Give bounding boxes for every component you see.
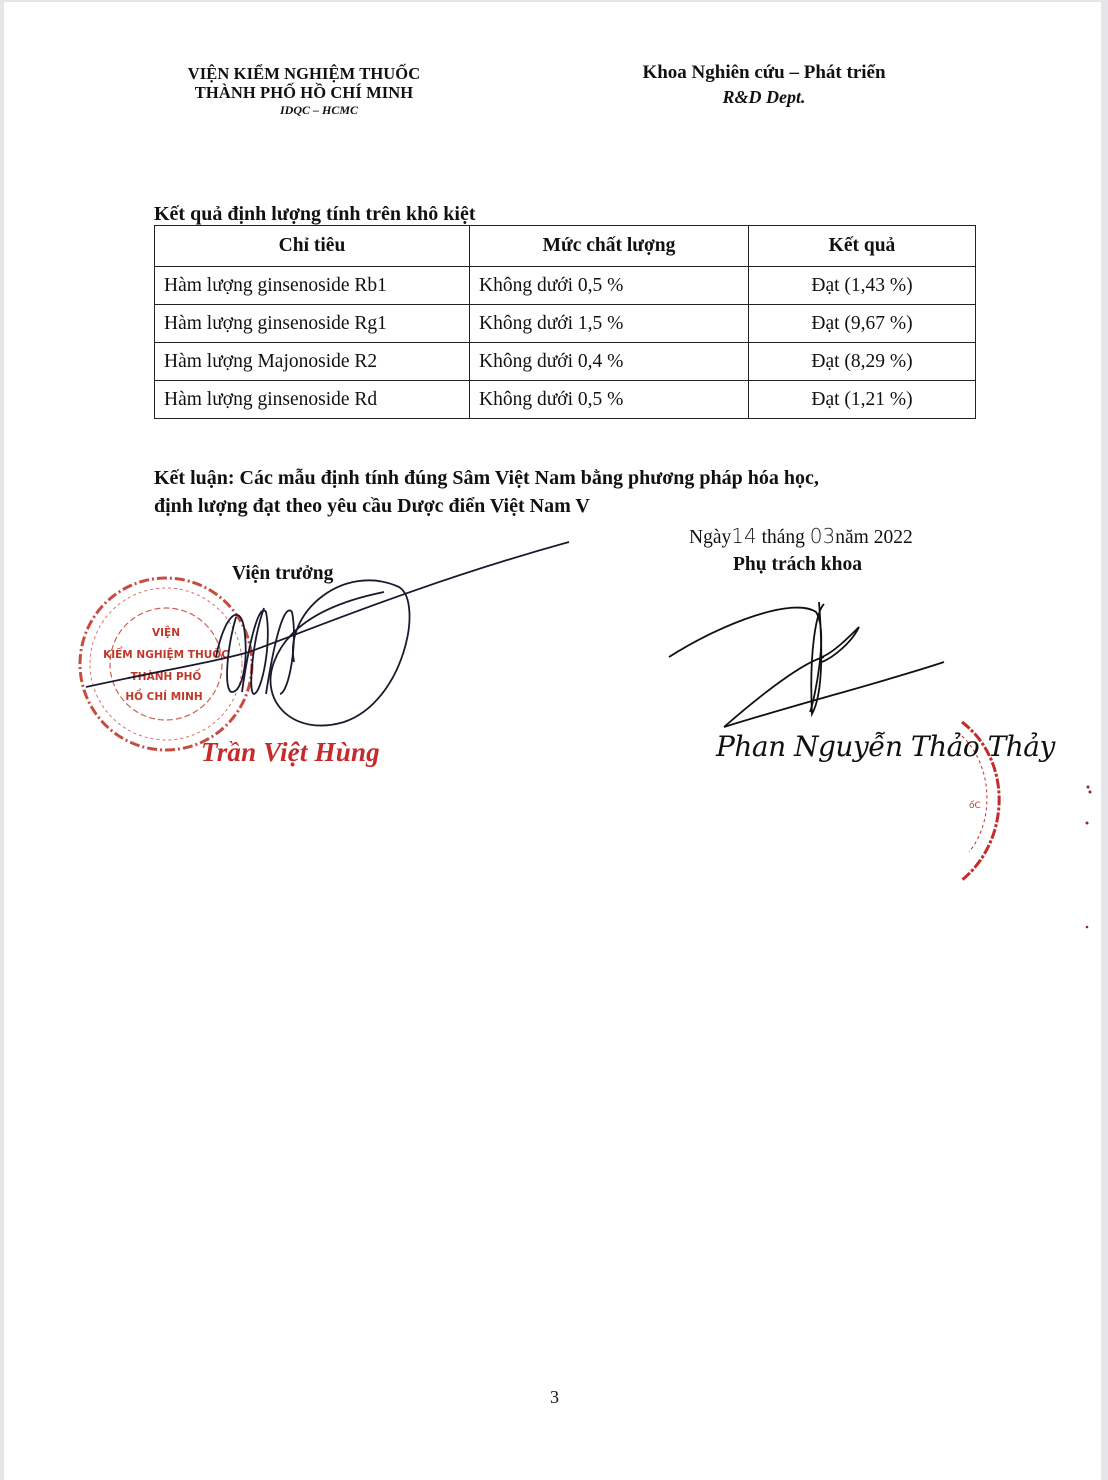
result-cell: Đạt (9,67 %): [749, 305, 976, 343]
left-signer-title: Viện trưởng: [232, 563, 333, 585]
table-header-row: Chỉ tiêu Mức chất lượng Kết quả: [155, 226, 976, 267]
criterion-cell: Hàm lượng Majonoside R2: [155, 343, 470, 381]
month-value: 03: [810, 524, 835, 548]
conclusion-line2: định lượng đạt theo yêu cầu Dược điển Vi…: [154, 492, 984, 520]
results-table: Chỉ tiêu Mức chất lượng Kết quả Hàm lượn…: [154, 225, 976, 419]
table-row: Hàm lượng ginsenoside Rd Không dưới 0,5 …: [155, 381, 976, 419]
right-signer-title: Phụ trách khoa: [733, 554, 862, 576]
criterion-cell: Hàm lượng ginsenoside Rg1: [155, 305, 470, 343]
department-name-en: R&D Dept.: [604, 86, 924, 108]
standard-cell: Không dưới 1,5 %: [470, 305, 749, 343]
department-name: Khoa Nghiên cứu – Phát triển: [604, 60, 924, 86]
signing-date: Ngày14 tháng 03năm 2022: [689, 524, 913, 549]
result-cell: Đạt (1,43 %): [749, 267, 976, 305]
column-header: Chỉ tiêu: [155, 226, 470, 267]
stamp-line4: HỒ CHÍ MINH: [125, 688, 202, 703]
stamp-line3: THÀNH PHỐ: [131, 668, 202, 683]
right-signature: [669, 602, 944, 727]
conclusion-line1: Kết luận: Các mẫu định tính đúng Sâm Việ…: [154, 464, 984, 492]
right-signer-name: Phan Nguyễn Thảo Thảy: [716, 730, 1055, 763]
document-page: VIỆN KIỂM NGHIỆM THUỐC THÀNH PHỐ HỒ CHÍ …: [4, 2, 1101, 1480]
department-header: Khoa Nghiên cứu – Phát triển R&D Dept.: [604, 60, 924, 108]
institute-name-line1: VIỆN KIỂM NGHIỆM THUỐC: [144, 64, 464, 83]
institute-header: VIỆN KIỂM NGHIỆM THUỐC THÀNH PHỐ HỒ CHÍ …: [144, 64, 464, 118]
page-number: 3: [550, 1387, 559, 1408]
year-label: năm: [835, 527, 869, 548]
institute-name-line2: THÀNH PHỐ HỒ CHÍ MINH: [144, 83, 464, 102]
table-row: Hàm lượng ginsenoside Rb1 Không dưới 0,5…: [155, 267, 976, 305]
day-value: 14: [731, 524, 756, 548]
table-row: Hàm lượng ginsenoside Rg1 Không dưới 1,5…: [155, 305, 976, 343]
criterion-cell: Hàm lượng ginsenoside Rd: [155, 381, 470, 419]
section-title: Kết quả định lượng tính trên khô kiệt: [154, 203, 475, 226]
column-header: Kết quả: [749, 226, 976, 267]
year-value: 2022: [874, 527, 913, 548]
result-cell: Đạt (8,29 %): [749, 343, 976, 381]
standard-cell: Không dưới 0,5 %: [470, 381, 749, 419]
criterion-cell: Hàm lượng ginsenoside Rb1: [155, 267, 470, 305]
svg-text:ốC: ốC: [969, 800, 981, 811]
institute-abbreviation: IDQC – HCMC: [144, 102, 464, 118]
standard-cell: Không dưới 0,4 %: [470, 343, 749, 381]
left-signer-name: Trần Việt Hùng: [201, 737, 380, 768]
month-label: tháng: [762, 527, 805, 548]
standard-cell: Không dưới 0,5 %: [470, 267, 749, 305]
stamp-line2: KIỂM NGHIỆM THUỐC: [103, 646, 229, 661]
day-label: Ngày: [689, 527, 731, 548]
conclusion: Kết luận: Các mẫu định tính đúng Sâm Việ…: [154, 464, 984, 520]
result-cell: Đạt (1,21 %): [749, 381, 976, 419]
table-row: Hàm lượng Majonoside R2 Không dưới 0,4 %…: [155, 343, 976, 381]
column-header: Mức chất lượng: [470, 226, 749, 267]
stamp-line1: VIỆN: [152, 626, 180, 639]
